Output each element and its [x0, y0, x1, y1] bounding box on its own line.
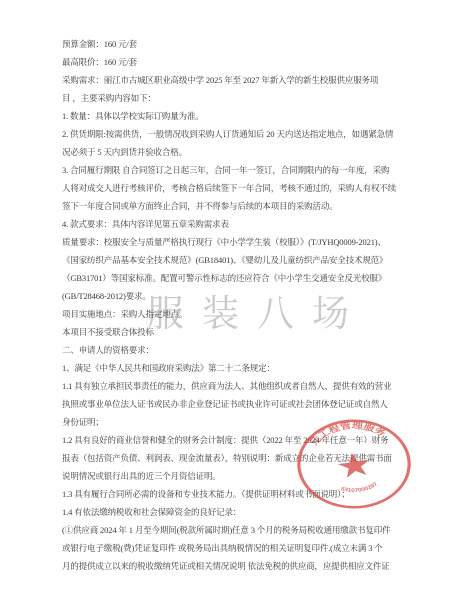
document-line: 《国家纺织产品基本安全技术规范》(GB18401)、《婴幼儿及儿童纺织产品安全技… [62, 251, 402, 269]
document-line: (GB/T28468-2012)要求。 [62, 287, 402, 305]
document-line: 最高限价：160 元/套 [62, 53, 402, 71]
document-line: 月的提供成立以来的税收缴纳凭证或相关情况说明 依法免税的供应商，应提供相应文件证 [62, 557, 402, 575]
document-line: 1、满足《中华人民共和国政府采购法》第二十二条规定： [62, 359, 402, 377]
document-line: 4. 款式要求：具体内容详见第五章采购需求表 [62, 215, 402, 233]
document-line: 预算金额：160 元/套 [62, 35, 402, 53]
document-line: 人将对成交人进行考核评价，考核合格后续签下一年合同，考核不通过的，采购人有权不续 [62, 179, 402, 197]
document-line: 项目实施地点：采购人指定地点。 [62, 305, 402, 323]
seal-serial-number: 53107000297 [339, 482, 381, 496]
document-line: (①供应商 2024 年 1 月至今期间(税款所属时期)任意 3 个月的税务局税… [62, 521, 402, 539]
company-seal-stamp: 元工程管理服务 53107000297 [284, 409, 423, 518]
document-line: （GB31701）等国家标准。配置可警示性标志的还应符合《中小学生交通安全反光校… [62, 269, 402, 287]
svg-text:53107000297: 53107000297 [339, 482, 381, 496]
document-line: 质量要求：校服安全与质量严格执行现行《中小学学生装（校服）》(T/JYHQ000… [62, 233, 402, 251]
document-line: 3. 合同履行期限 自合同签订之日起三年，合同一年一签订，合同期限内的每一年度，… [62, 161, 402, 179]
document-line: 二、申请人的资格要求： [62, 341, 402, 359]
document-line: 况必须于 5 天内到货并验收合格。 [62, 143, 402, 161]
document-line: 签下一年度合同或单方面终止合同，并不得参与后续的本项目的采购活动。 [62, 197, 402, 215]
document-line: 本项目不接受联合体投标 [62, 323, 402, 341]
document-line: 1. 数量：具体以学校实际订购量为准。 [62, 107, 402, 125]
document-page: 服装八场 预算金额：160 元/套最高限价：160 元/套采购需求：丽江市古城区… [0, 0, 450, 600]
document-line: 目 ，主要采购内容如下： [62, 89, 402, 107]
document-line: 1.1 具有独立承担民事责任的能力，供应商为法人、其他组织或者自然人，提供有效的… [62, 377, 402, 395]
document-line: 执照或事业单位法人证书或民办非企业登记证书或执业许可证或社会团体登记证或自然人 [62, 395, 402, 413]
seal-star-icon [336, 451, 373, 479]
document-line: 或银行电子缴税(费)凭证复印件 或税务局出具纳税情况的相关证明复印件.(成立未满… [62, 539, 402, 557]
document-line: 2. 供货期限:按需供货，一般情况收到采购人订货通知后 20 天内送达指定地点，… [62, 125, 402, 143]
document-line: 采购需求：丽江市古城区职业高级中学 2025 年至 2027 年新入学的新生校服… [62, 71, 402, 89]
